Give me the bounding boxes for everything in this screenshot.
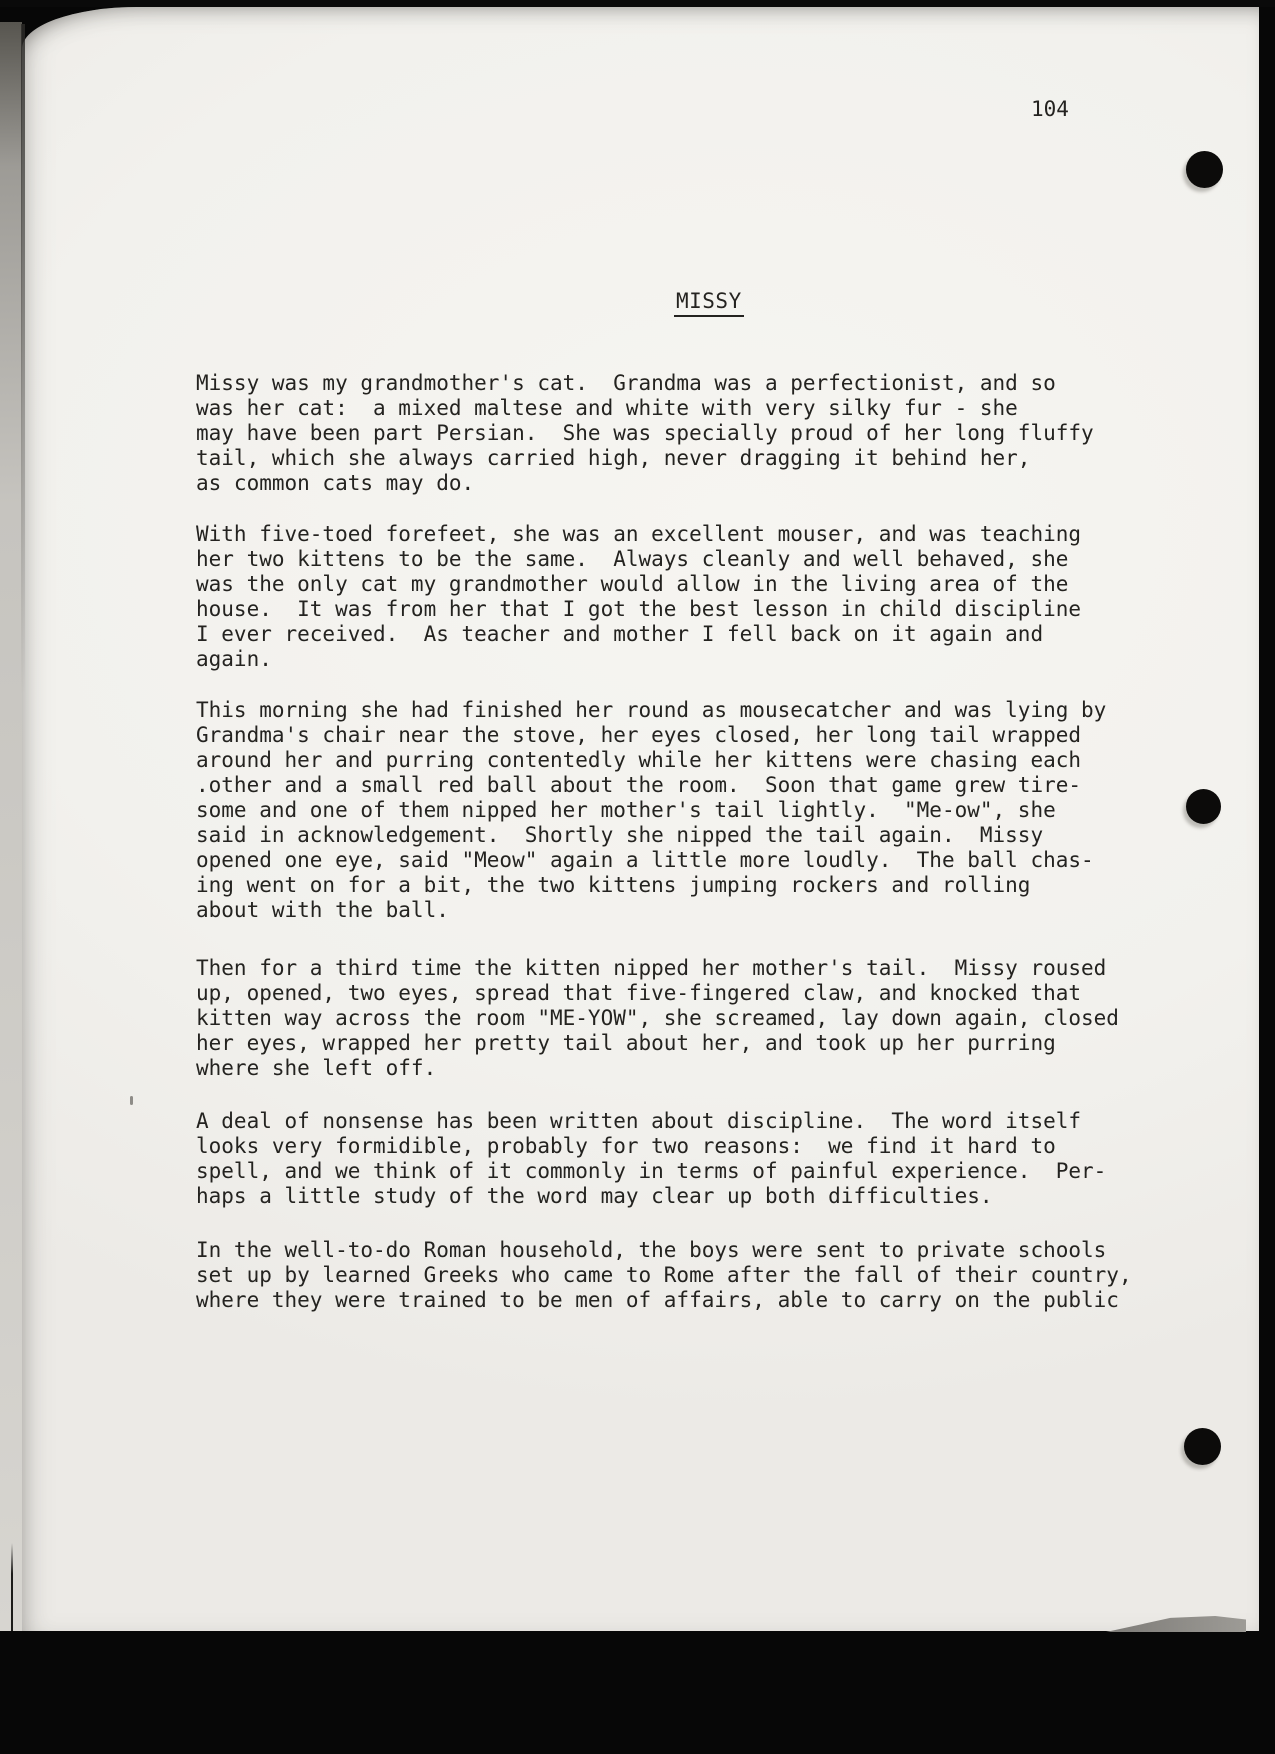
page-number: 104	[1031, 97, 1069, 122]
paragraph: With five-toed forefeet, she was an exce…	[196, 522, 1081, 672]
paragraph: This morning she had finished her round …	[196, 698, 1106, 923]
scan-speck	[130, 1096, 133, 1105]
typewritten-text-layer: 104 MISSY Missy was my grandmother's cat…	[0, 0, 1275, 1754]
scanned-document-page: 104 MISSY Missy was my grandmother's cat…	[0, 0, 1275, 1754]
paragraph: A deal of nonsense has been written abou…	[196, 1109, 1106, 1209]
paragraph: Missy was my grandmother's cat. Grandma …	[196, 371, 1094, 496]
paragraph: In the well-to-do Roman household, the b…	[196, 1238, 1132, 1313]
document-title: MISSY	[674, 289, 744, 317]
paragraph: Then for a third time the kitten nipped …	[196, 956, 1119, 1081]
